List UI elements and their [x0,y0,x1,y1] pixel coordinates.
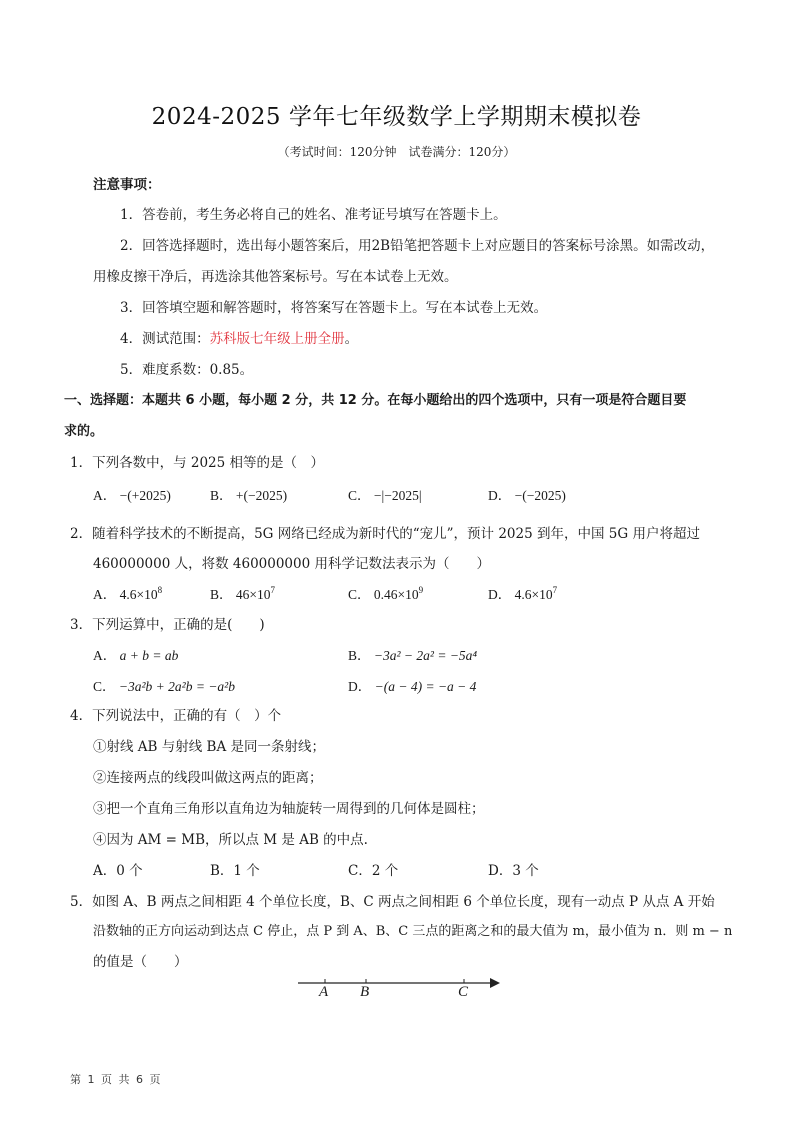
question-2-option-c: C． 0.46×109 [348,585,423,605]
question-1-option-b: B． +(−2025) [210,486,287,506]
question-5-stem-cont: 沿数轴的正方向运动到达点 C 停止，点 P 到 A、B、C 三点的距离之和的最大… [93,922,732,942]
notice-heading: 注意事项： [93,175,161,195]
question-2-option-b: B． 46×107 [210,585,275,605]
question-2-option-a: A． 4.6×108 [93,585,162,605]
notice-item-3: 3．回答填空题和解答题时，将答案写在答题卡上。写在本试卷上无效。 [120,298,547,318]
question-4-statement-3: ③把一个直角三角形以直角边为轴旋转一周得到的几何体是圆柱； [93,799,485,819]
point-c-label: C [458,984,468,1001]
question-4-option-a: A．0 个 [93,861,143,881]
notice-item-2: 2．回答选择题时，选出每小题答案后，用2B铅笔把答题卡上对应题目的答案标号涂黑。… [120,236,714,256]
question-1-option-a: A． −(+2025) [93,486,171,506]
question-3-stem: 3．下列运算中，正确的是( ) [70,615,265,635]
question-3-option-b: B． −3a² − 2a² = −5a⁴ [348,646,477,666]
question-3-option-d: D． −(a − 4) = −a − 4 [348,677,476,697]
point-b-label: B [360,984,369,1001]
exam-page: 2024-2025 学年七年级数学上学期期末模拟卷 （考试时间：120分钟 试卷… [0,0,793,1122]
question-5-stem-end: 的值是（ ） [93,952,188,972]
notice-item-4-label: 4．测试范围： [120,331,210,347]
notice-item-1: 1．答卷前，考生务必将自己的姓名、准考证号填写在答题卡上。 [120,205,507,225]
section1-heading: 一、选择题：本题共 6 小题，每小题 2 分，共 12 分。在每小题给出的四个选… [64,391,686,411]
question-4-option-d: D．3 个 [488,861,539,881]
point-a-label: A [319,984,328,1001]
exam-subtitle: （考试时间：120分钟 试卷满分：120分） [0,143,793,160]
question-4-statement-1: ①射线 AB 与射线 BA 是同一条射线； [93,737,325,757]
question-4-option-b: B．1 个 [210,861,260,881]
scope-end: 。 [345,331,359,347]
section1-heading-cont: 求的。 [64,422,103,442]
question-1-stem: 1．下列各数中，与 2025 相等的是（ ） [70,453,324,473]
question-1-option-c: C． −|−2025| [348,486,422,506]
question-5-stem: 5．如图 A、B 两点之间相距 4 个单位长度，B、C 两点之间相距 6 个单位… [70,892,715,912]
question-4-statement-2: ②连接两点的线段叫做这两点的距离； [93,768,323,788]
question-2-option-d: D． 4.6×107 [488,585,557,605]
number-line-figure: A B C [290,970,510,1014]
question-4-option-c: C．2 个 [348,861,398,881]
question-2-stem-cont: 460000000 人，将数 460000000 用科学记数法表示为（ ） [93,554,490,574]
question-2-stem: 2．随着科学技术的不断提高，5G 网络已经成为新时代的“宠儿”，预计 2025 … [70,524,700,544]
question-3-option-c: C． −3a²b + 2a²b = −a²b [93,677,235,697]
question-3-option-a: A． a + b = ab [93,646,178,666]
question-4-statement-4: ④因为 AM = MB，所以点 M 是 AB 的中点. [93,830,368,850]
notice-item-2-cont: 用橡皮擦干净后，再选涂其他答案标号。写在本试卷上无效。 [93,267,458,287]
exam-title: 2024-2025 学年七年级数学上学期期末模拟卷 [0,98,793,131]
notice-item-4: 4．测试范围：苏科版七年级上册全册。 [120,329,358,349]
page-footer: 第 1 页 共 6 页 [70,1071,162,1087]
notice-item-5: 5．难度系数：0.85。 [120,360,253,380]
question-1-option-d: D． −(−2025) [488,486,566,506]
scope-highlight: 苏科版七年级上册全册 [210,331,345,347]
question-4-stem: 4．下列说法中，正确的有（ ）个 [70,706,281,726]
